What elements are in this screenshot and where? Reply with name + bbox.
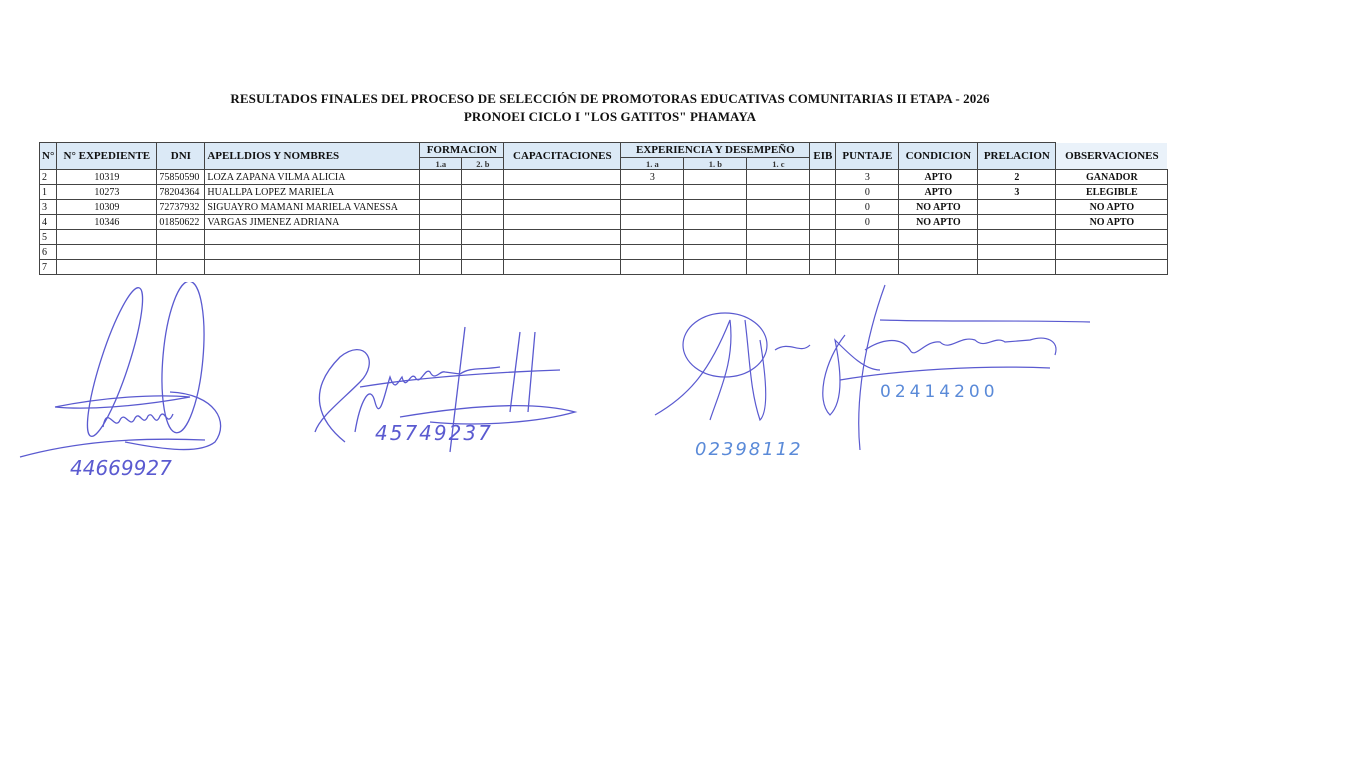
cell-eib [810, 170, 836, 185]
cell-f2b [462, 245, 504, 260]
cell-f1a [420, 230, 462, 245]
cell-observaciones: ELEGIBLE [1056, 185, 1168, 200]
cell-f1a [420, 245, 462, 260]
header-eib: EIB [810, 143, 836, 170]
cell-n: 1 [40, 185, 57, 200]
cell-e1a [621, 230, 684, 245]
table-row: 7 [40, 260, 1168, 275]
cell-cap [504, 245, 621, 260]
cell-prelacion: 3 [978, 185, 1056, 200]
cell-n: 3 [40, 200, 57, 215]
cell-e1c [747, 260, 810, 275]
cell-f1a [420, 260, 462, 275]
cell-expediente: 10319 [57, 170, 157, 185]
cell-puntaje: 0 [836, 215, 899, 230]
cell-nombres [205, 230, 420, 245]
header-dni: DNI [157, 143, 205, 170]
header-nombres: APELLDIOS Y NOMBRES [205, 143, 420, 170]
cell-f2b [462, 215, 504, 230]
cell-e1b [684, 260, 747, 275]
cell-e1c [747, 245, 810, 260]
cell-dni [157, 260, 205, 275]
cell-dni: 75850590 [157, 170, 205, 185]
cell-observaciones [1056, 245, 1168, 260]
cell-eib [810, 200, 836, 215]
cell-expediente [57, 230, 157, 245]
cell-f1a [420, 170, 462, 185]
cell-dni: 72737932 [157, 200, 205, 215]
cell-e1a [621, 260, 684, 275]
cell-puntaje: 3 [836, 170, 899, 185]
cell-e1a [621, 185, 684, 200]
cell-e1b [684, 215, 747, 230]
cell-prelacion [978, 230, 1056, 245]
cell-e1a [621, 200, 684, 215]
cell-expediente [57, 260, 157, 275]
cell-cap [504, 170, 621, 185]
cell-expediente: 10273 [57, 185, 157, 200]
cell-f1a [420, 200, 462, 215]
cell-nombres [205, 245, 420, 260]
cell-nombres: LOZA ZAPANA VILMA ALICIA [205, 170, 420, 185]
cell-e1b [684, 185, 747, 200]
cell-condicion: NO APTO [899, 200, 978, 215]
cell-condicion: APTO [899, 185, 978, 200]
cell-e1a: 3 [621, 170, 684, 185]
cell-n: 7 [40, 260, 57, 275]
signature-2-dni: 45749237 [375, 421, 493, 445]
cell-f2b [462, 185, 504, 200]
cell-condicion [899, 260, 978, 275]
cell-f1a [420, 185, 462, 200]
cell-eib [810, 230, 836, 245]
cell-n: 6 [40, 245, 57, 260]
cell-prelacion [978, 260, 1056, 275]
signature-3-dni: 02398112 [695, 439, 803, 460]
signature-4-dni: 02414200 [880, 382, 999, 402]
cell-e1c [747, 215, 810, 230]
results-table: N° N° EXPEDIENTE DNI APELLDIOS Y NOMBRES… [39, 142, 1168, 275]
header-exp-1c: 1. c [747, 158, 810, 170]
cell-e1a [621, 215, 684, 230]
cell-e1a [621, 245, 684, 260]
cell-n: 2 [40, 170, 57, 185]
cell-condicion [899, 230, 978, 245]
cell-puntaje [836, 245, 899, 260]
cell-prelacion: 2 [978, 170, 1056, 185]
table-row: 5 [40, 230, 1168, 245]
cell-cap [504, 200, 621, 215]
signature-2: 45749237 [300, 322, 590, 462]
cell-prelacion [978, 200, 1056, 215]
header-exp-1b: 1. b [684, 158, 747, 170]
cell-n: 5 [40, 230, 57, 245]
cell-cap [504, 215, 621, 230]
header-n: N° [40, 143, 57, 170]
cell-eib [810, 185, 836, 200]
cell-nombres: SIGUAYRO MAMANI MARIELA VANESSA [205, 200, 420, 215]
cell-cap [504, 185, 621, 200]
cell-dni [157, 230, 205, 245]
cell-e1c [747, 185, 810, 200]
cell-puntaje: 0 [836, 200, 899, 215]
cell-f2b [462, 260, 504, 275]
cell-dni [157, 245, 205, 260]
cell-e1b [684, 230, 747, 245]
header-exp-1a: 1. a [621, 158, 684, 170]
cell-e1c [747, 200, 810, 215]
cell-prelacion [978, 245, 1056, 260]
cell-observaciones [1056, 260, 1168, 275]
cell-e1c [747, 230, 810, 245]
cell-eib [810, 260, 836, 275]
cell-condicion: NO APTO [899, 215, 978, 230]
cell-nombres [205, 260, 420, 275]
document-title: RESULTADOS FINALES DEL PROCESO DE SELECC… [0, 91, 1220, 107]
cell-f1a [420, 215, 462, 230]
cell-dni: 78204364 [157, 185, 205, 200]
cell-puntaje [836, 260, 899, 275]
cell-expediente: 10346 [57, 215, 157, 230]
cell-observaciones: NO APTO [1056, 200, 1168, 215]
table-row: 31030972737932SIGUAYRO MAMANI MARIELA VA… [40, 200, 1168, 215]
table-row: 11027378204364HUALLPA LOPEZ MARIELA0APTO… [40, 185, 1168, 200]
table-row: 21031975850590LOZA ZAPANA VILMA ALICIA33… [40, 170, 1168, 185]
cell-puntaje [836, 230, 899, 245]
cell-f2b [462, 170, 504, 185]
cell-nombres: HUALLPA LOPEZ MARIELA [205, 185, 420, 200]
header-formacion-1a: 1.a [420, 158, 462, 170]
header-capacitaciones: CAPACITACIONES [504, 143, 621, 170]
cell-expediente: 10309 [57, 200, 157, 215]
cell-e1b [684, 170, 747, 185]
signature-3-4: 02398112 02414200 [640, 280, 1110, 470]
signature-1-dni: 44669927 [70, 456, 172, 480]
cell-e1c [747, 170, 810, 185]
header-formacion: FORMACION [420, 143, 504, 158]
cell-f2b [462, 200, 504, 215]
cell-observaciones [1056, 230, 1168, 245]
cell-prelacion [978, 215, 1056, 230]
cell-eib [810, 245, 836, 260]
cell-puntaje: 0 [836, 185, 899, 200]
cell-e1b [684, 200, 747, 215]
signature-1: 44669927 [15, 282, 245, 482]
header-formacion-2b: 2. b [462, 158, 504, 170]
cell-cap [504, 260, 621, 275]
cell-condicion: APTO [899, 170, 978, 185]
cell-eib [810, 215, 836, 230]
header-expediente: N° EXPEDIENTE [57, 143, 157, 170]
table-row: 41034601850622VARGAS JIMENEZ ADRIANA0NO … [40, 215, 1168, 230]
cell-expediente [57, 245, 157, 260]
header-condicion: CONDICION [899, 143, 978, 170]
header-experiencia: EXPERIENCIA Y DESEMPEÑO [621, 143, 810, 158]
header-prelacion: PRELACION [978, 143, 1056, 170]
cell-condicion [899, 245, 978, 260]
cell-dni: 01850622 [157, 215, 205, 230]
cell-nombres: VARGAS JIMENEZ ADRIANA [205, 215, 420, 230]
header-observaciones: OBSERVACIONES [1056, 143, 1168, 170]
cell-n: 4 [40, 215, 57, 230]
cell-e1b [684, 245, 747, 260]
cell-f2b [462, 230, 504, 245]
cell-observaciones: GANADOR [1056, 170, 1168, 185]
cell-observaciones: NO APTO [1056, 215, 1168, 230]
table-row: 6 [40, 245, 1168, 260]
document-subtitle: PRONOEI CICLO I "LOS GATITOS" PHAMAYA [0, 109, 1220, 125]
cell-cap [504, 230, 621, 245]
header-puntaje: PUNTAJE [836, 143, 899, 170]
